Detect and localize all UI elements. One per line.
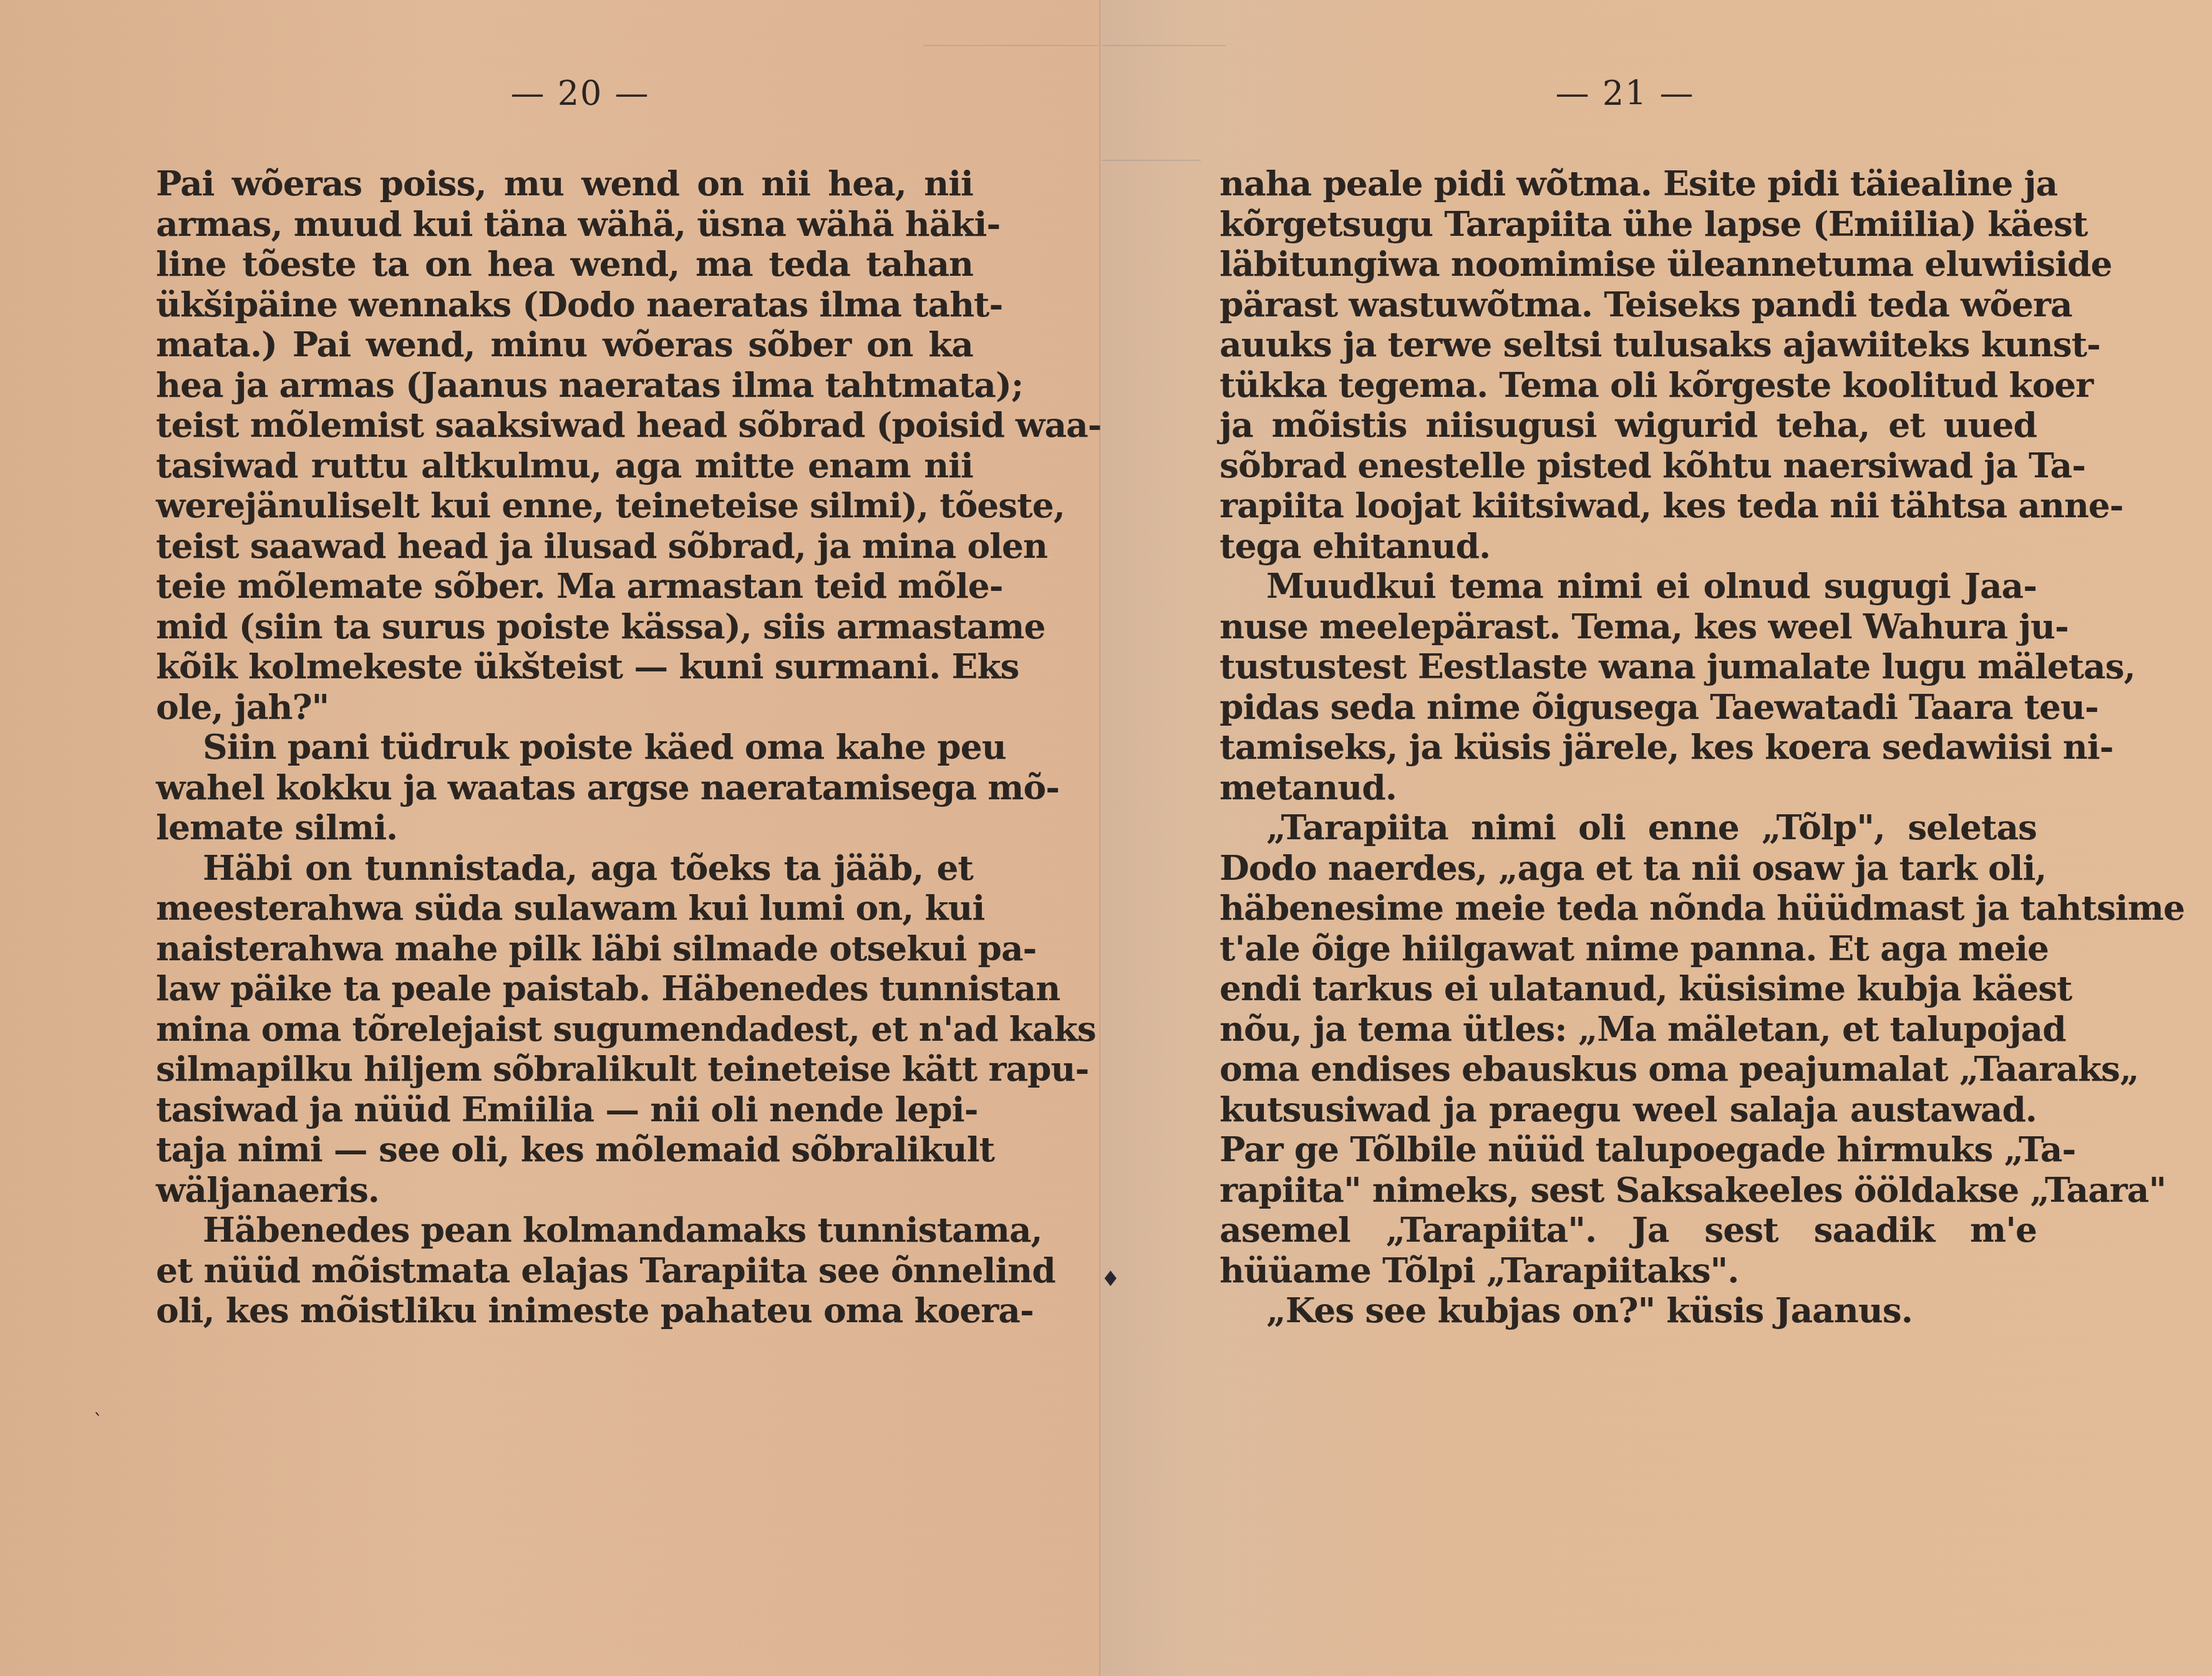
text-line: Par ge Tõlbile nüüd talupoegade hirmuks … [1220, 1129, 2037, 1170]
text-line: tamiseks, ja küsis järele, kes koera sed… [1220, 727, 2037, 767]
text-line: nõu, ja tema ütles: „Ma mäletan, et talu… [1220, 1009, 2037, 1050]
text-line: et nüüd mõistmata elajas Tarapiita see õ… [156, 1250, 973, 1291]
text-line: mina oma tõrelejaist sugumendadest, et n… [156, 1009, 973, 1050]
paper-crease [1101, 45, 1226, 46]
text-line: mid (siin ta surus poiste kässa), siis a… [156, 607, 973, 647]
text-line: silmapilku hiljem sõbralikult teineteise… [156, 1049, 973, 1089]
text-line: naisterahwa mahe pilk läbi silmade otsek… [156, 928, 973, 969]
text-line: rapiita" nimeks, sest Saksakeeles ööldak… [1220, 1170, 2037, 1211]
text-line: sõbrad enestelle pisted kõhtu naersiwad … [1220, 446, 2037, 486]
text-line: Siin pani tüdruk poiste käed oma kahe pe… [156, 727, 973, 767]
text-line: mata.) Pai wend, minu wõeras sõber on ka [156, 324, 973, 365]
book-spread: — 20 — Pai wõeras poiss, mu wend on nii … [0, 0, 2212, 1676]
text-line: metanud. [1220, 767, 2037, 808]
text-line: teist mõlemist saaksiwad head sõbrad (po… [156, 405, 973, 446]
text-line: Pai wõeras poiss, mu wend on nii hea, ni… [156, 163, 973, 204]
text-line: auuks ja terwe seltsi tulusaks ajawiitek… [1220, 324, 2037, 365]
page-number-21: — 21 — [1500, 74, 1750, 113]
text-line: teist saawad head ja ilusad sõbrad, ja m… [156, 526, 973, 567]
paper-crease [923, 45, 1098, 46]
text-line: kõrgetsugu Tarapiita ühe lapse (Emiilia)… [1220, 204, 2037, 245]
text-line: oma endises ebauskus oma peajumalat „Taa… [1220, 1049, 2037, 1089]
text-line: armas, muud kui täna wähä, üsna wähä häk… [156, 204, 973, 245]
text-line: pärast wastuwõtma. Teiseks pandi teda wõ… [1220, 285, 2037, 325]
text-line: t'ale õige hiilgawat nime panna. Et aga … [1220, 928, 2037, 969]
text-line: naha peale pidi wõtma. Esite pidi täieal… [1220, 163, 2037, 204]
text-line: tasiwad ja nüüd Emiilia — nii oli nende … [156, 1089, 973, 1130]
text-line: meesterahwa süda sulawam kui lumi on, ku… [156, 888, 973, 928]
left-page-text: Pai wõeras poiss, mu wend on nii hea, ni… [156, 163, 973, 1331]
text-line: law päike ta peale paistab. Häbenedes tu… [156, 968, 973, 1009]
text-line: „Tarapiita nimi oli enne „Tõlp", seletas [1220, 807, 2037, 848]
paper-crease [1101, 160, 1201, 161]
text-line: tega ehitanud. [1220, 526, 2037, 567]
text-line: Häbi on tunnistada, aga tõeks ta jääb, e… [156, 848, 973, 889]
text-line: rapiita loojat kiitsiwad, kes teda nii t… [1220, 485, 2037, 526]
ink-spot-icon: ♦ [1101, 1267, 1120, 1292]
text-line: hüüame Tõlpi „Tarapiitaks". [1220, 1250, 2037, 1291]
right-page: — 21 — naha peale pidi wõtma. Esite pidi… [1101, 0, 2212, 1676]
text-line: tükka tegema. Tema oli kõrgeste koolitud… [1220, 365, 2037, 406]
text-line: Muudkui tema nimi ei olnud sugugi Jaa- [1220, 566, 2037, 607]
text-line: läbitungiwa noomimise üleannetuma eluwii… [1220, 244, 2037, 285]
book-gutter [1099, 0, 1102, 1676]
right-page-text: naha peale pidi wõtma. Esite pidi täieal… [1220, 163, 2037, 1331]
text-line: Häbenedes pean kolmandamaks tunnistama, [156, 1210, 973, 1250]
margin-mark: ˋ [94, 1410, 103, 1432]
text-line: ole, jah?" [156, 687, 973, 728]
text-line: ja mõistis niisugusi wigurid teha, et uu… [1220, 405, 2037, 446]
text-line: oli, kes mõistliku inimeste pahateu oma … [156, 1290, 973, 1331]
text-line: „Kes see kubjas on?" küsis Jaanus. [1220, 1290, 2037, 1331]
text-line: teie mõlemate sõber. Ma armastan teid mõ… [156, 566, 973, 607]
left-page: — 20 — Pai wõeras poiss, mu wend on nii … [0, 0, 1101, 1676]
page-number-20: — 20 — [455, 74, 705, 113]
text-line: endi tarkus ei ulatanud, küsisime kubja … [1220, 968, 2037, 1009]
text-line: tustustest Eestlaste wana jumalate lugu … [1220, 646, 2037, 687]
text-line: nuse meelepärast. Tema, kes weel Wahura … [1220, 607, 2037, 647]
text-line: line tõeste ta on hea wend, ma teda taha… [156, 244, 973, 285]
text-line: asemel „Tarapiita". Ja sest saadik m'e [1220, 1210, 2037, 1250]
text-line: tasiwad ruttu altkulmu, aga mitte enam n… [156, 446, 973, 486]
text-line: wäljanaeris. [156, 1170, 973, 1211]
text-line: taja nimi — see oli, kes mõlemaid sõbral… [156, 1129, 973, 1170]
text-line: wahel kokku ja waatas argse naeratamiseg… [156, 767, 973, 808]
text-line: hea ja armas (Jaanus naeratas ilma tahtm… [156, 365, 973, 406]
text-line: häbenesime meie teda nõnda hüüdmast ja t… [1220, 888, 2037, 928]
text-line: Dodo naerdes, „aga et ta nii osaw ja tar… [1220, 848, 2037, 889]
text-line: lemate silmi. [156, 807, 973, 848]
text-line: kutsusiwad ja praegu weel salaja austawa… [1220, 1089, 2037, 1130]
text-line: pidas seda nime õigusega Taewatadi Taara… [1220, 687, 2037, 728]
text-line: ükšipäine wennaks (Dodo naeratas ilma ta… [156, 285, 973, 325]
text-line: kõik kolmekeste ükšteist — kuni surmani.… [156, 646, 973, 687]
text-line: werejänuliselt kui enne, teineteise silm… [156, 485, 973, 526]
